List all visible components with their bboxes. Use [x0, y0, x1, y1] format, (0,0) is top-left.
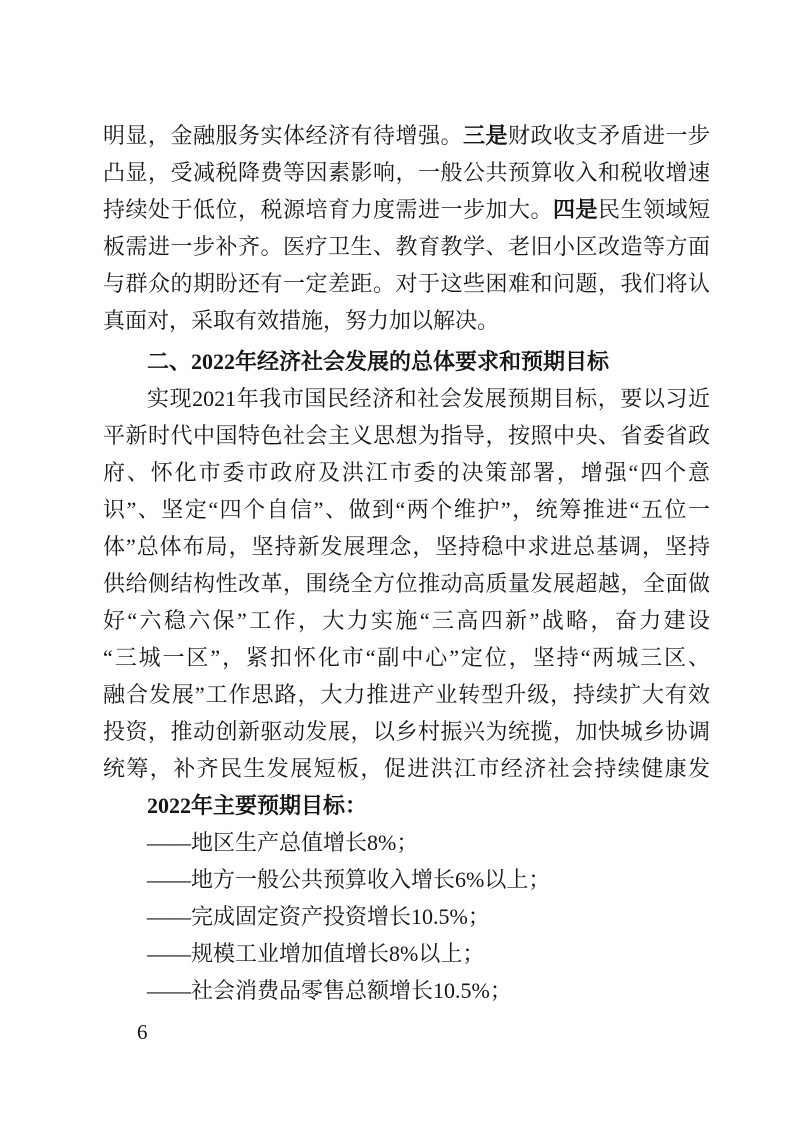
text-line: 真面对，采取有效措施，努力加以解决。	[103, 302, 710, 339]
text-run: 民生领域短	[598, 197, 710, 222]
text-line: 平新时代中国特色社会主义思想为指导，按照中央、省委省政	[103, 417, 710, 454]
page-number: 6	[137, 1017, 710, 1047]
goal-item: ——规模工业增加值增长8%以上；	[103, 935, 710, 972]
bold-emphasis: 四是	[553, 197, 598, 222]
text-line: 凸显，受减税降费等因素影响，一般公共预算收入和税收增速	[103, 154, 710, 191]
text-line: 体”总体布局，坚持新发展理念，坚持稳中求进总基调，坚持	[103, 528, 710, 565]
text-line: 持续处于低位，税源培育力度需进一步加大。四是民生领域短	[103, 191, 710, 228]
goal-item: ——完成固定资产投资增长10.5%；	[103, 898, 710, 935]
goal-item: ——社会消费品零售总额增长10.5%；	[103, 972, 710, 1009]
text-line: 投资，推动创新驱动发展，以乡村振兴为统揽，加快城乡协调	[103, 713, 710, 750]
document-page: 明显，金融服务实体经济有待增强。三是财政收支矛盾进一步 凸显，受减税降费等因素影…	[0, 0, 793, 1122]
text-line: 识”、坚定“四个自信”、做到“两个维护”，统筹推进“五位一	[103, 491, 710, 528]
text-line: 实现2021年我市国民经济和社会发展预期目标，要以习近	[103, 380, 710, 417]
goals-title: 2022年主要预期目标：	[103, 787, 710, 824]
text-line: 统筹，补齐民生发展短板，促进洪江市经济社会持续健康发展。	[103, 750, 710, 787]
paragraph-problems: 明显，金融服务实体经济有待增强。三是财政收支矛盾进一步 凸显，受减税降费等因素影…	[103, 117, 710, 339]
section-heading-2: 二、2022年经济社会发展的总体要求和预期目标	[103, 343, 710, 380]
text-line: 供给侧结构性改革，围绕全方位推动高质量发展超越，全面做	[103, 565, 710, 602]
text-line: “三城一区”，紧扣怀化市“副中心”定位，坚持“两城三区、	[103, 639, 710, 676]
paragraph-overall-requirements: 实现2021年我市国民经济和社会发展预期目标，要以习近 平新时代中国特色社会主义…	[103, 380, 710, 787]
goal-item: ——地方一般公共预算收入增长6%以上；	[103, 861, 710, 898]
text-line: 融合发展”工作思路，大力推进产业转型升级，持续扩大有效	[103, 676, 710, 713]
text-run: 财政收支矛盾进一步	[508, 123, 710, 148]
text-line: 府、怀化市委市政府及洪江市委的决策部署，增强“四个意	[103, 454, 710, 491]
text-line: 板需进一步补齐。医疗卫生、教育教学、老旧小区改造等方面	[103, 228, 710, 265]
text-line: 与群众的期盼还有一定差距。对于这些困难和问题，我们将认	[103, 265, 710, 302]
text-line: 明显，金融服务实体经济有待增强。三是财政收支矛盾进一步	[103, 117, 710, 154]
goal-item: ——地区生产总值增长8%；	[103, 824, 710, 861]
text-line: 好“六稳六保”工作，大力实施“三高四新”战略，奋力建设	[103, 602, 710, 639]
goals-list: ——地区生产总值增长8%； ——地方一般公共预算收入增长6%以上； ——完成固定…	[103, 824, 710, 1009]
text-run: 明显，金融服务实体经济有待增强。	[103, 123, 463, 148]
text-run: 持续处于低位，税源培育力度需进一步加大。	[103, 197, 553, 222]
bold-emphasis: 三是	[463, 123, 508, 148]
